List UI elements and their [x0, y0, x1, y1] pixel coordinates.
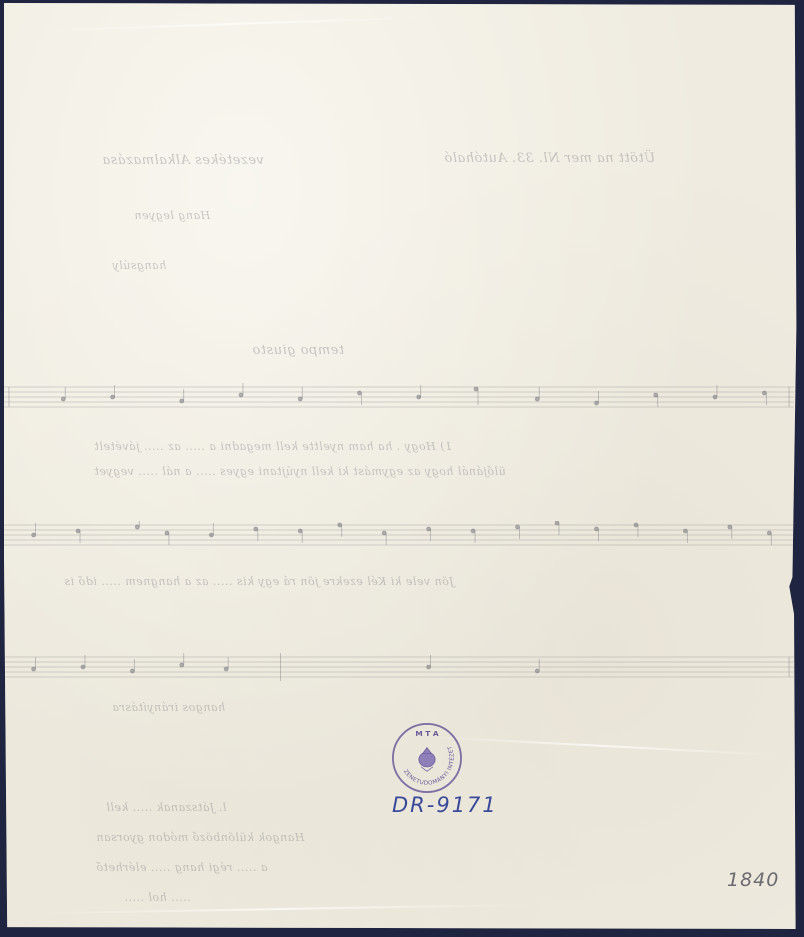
bleed-text-line: Ütött na mer Nl. 33. Autóhaló: [444, 151, 655, 166]
scan-background: vezetékes Alkalmazása Ütött na mer Nl. 3…: [0, 0, 804, 937]
bleed-text-line: 1) Hogy . ha ham nyeltte kell megadni a …: [94, 440, 452, 453]
library-stamp: M T A ZENETUDOMÁNYI INTÉZET: [390, 721, 464, 795]
bleed-text-line: Hang legyen: [134, 209, 210, 222]
bleed-text-line: a ..... régi hang ..... elérhető: [96, 861, 268, 874]
bleed-text-line: l. Játszanak ..... kell: [106, 801, 226, 814]
shelfmark-label: DR-9171: [392, 793, 498, 817]
manuscript-page: vezetékes Alkalmazása Ütött na mer Nl. 3…: [4, 3, 798, 929]
paper-crease: [34, 904, 534, 915]
music-staff: [4, 383, 794, 411]
music-staff: [4, 521, 794, 549]
paper-crease: [44, 16, 424, 31]
paper-crease: [424, 736, 784, 757]
stamp-top-text: M T A: [415, 729, 439, 738]
bleed-text-line: hangsúly: [112, 259, 166, 272]
bleed-text-line: vezetékes Alkalmazása: [102, 153, 264, 168]
bleed-text-line: hangos irányításra: [112, 701, 225, 714]
bleed-text-line: Jön vele ki Kél ezekre jön rá egy kis ..…: [64, 575, 454, 588]
bleed-text-line: tempo giusto: [252, 343, 344, 358]
coat-of-arms-icon: [419, 748, 435, 772]
bleed-text-line: ülőjánál hogy az egymást ki kell nyújtan…: [94, 465, 506, 478]
bleed-text-line: ..... hol .....: [124, 891, 191, 904]
bleed-text-line: Hangok különböző módon gyorsan: [96, 831, 304, 844]
year-annotation: 1840: [727, 869, 779, 891]
music-staff: [4, 653, 794, 681]
